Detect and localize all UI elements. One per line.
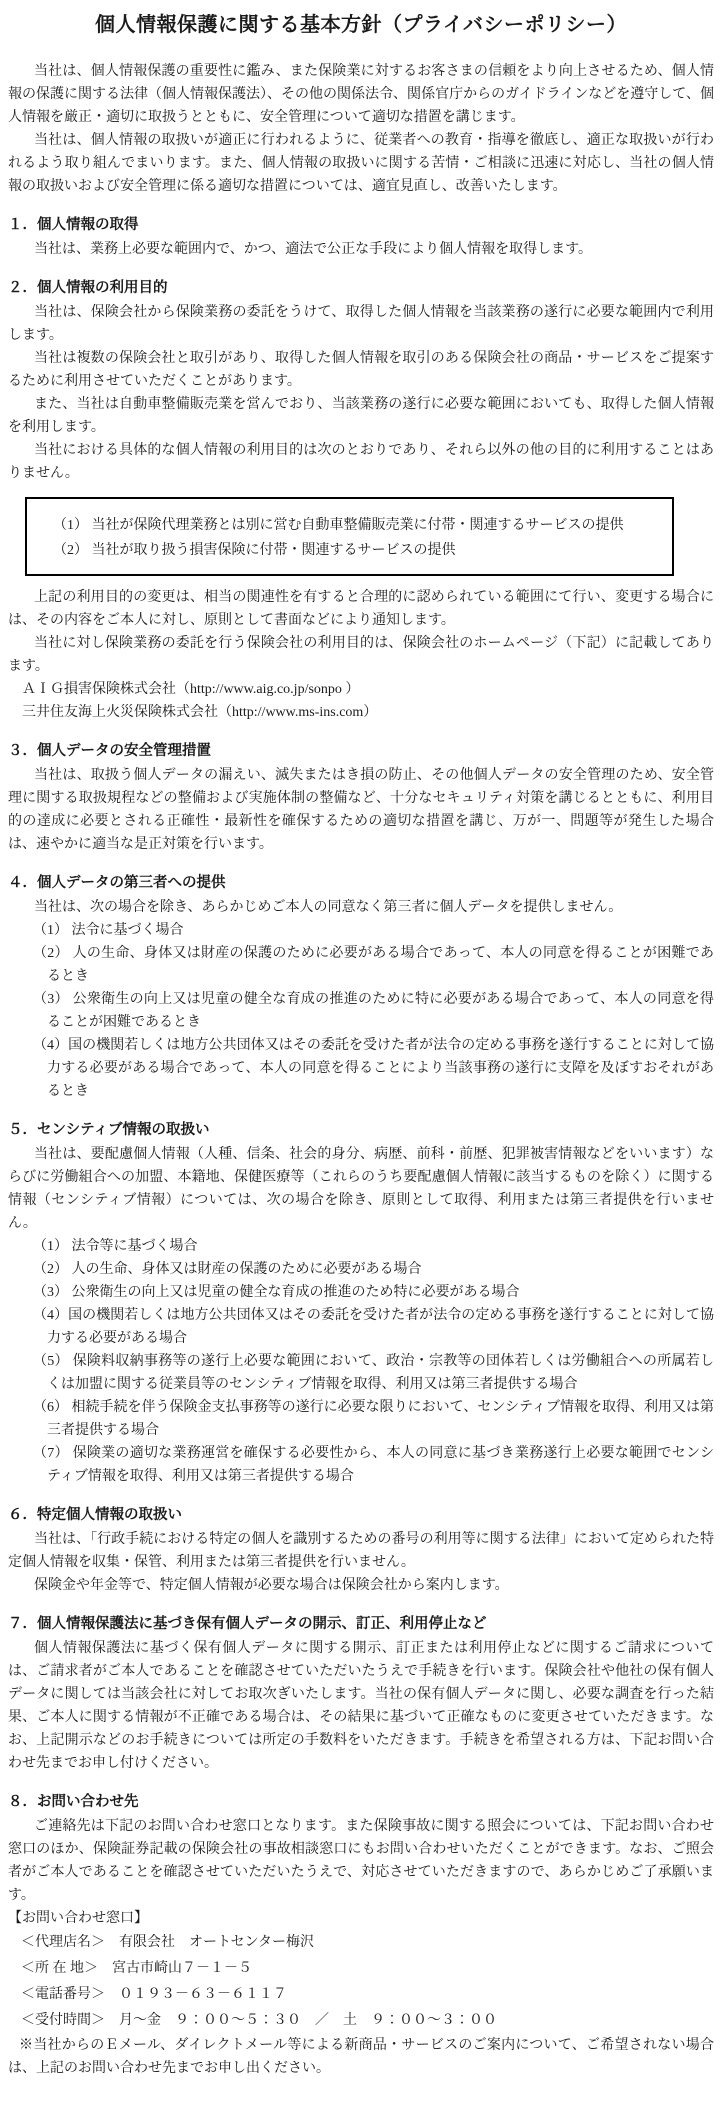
insurer-url-aig: ＡＩＧ損害保険株式会社（http://www.aig.co.jp/sonpo ）: [8, 678, 714, 701]
contact-agency-name: ＜代理店名＞ 有限会社 オートセンター梅沢: [8, 1930, 714, 1956]
section-8-heading: ８．お問い合わせ先: [8, 1791, 714, 1814]
section-4-item-2: （2） 人の生命、身体又は財産の保護のために必要がある場合であって、本人の同意を…: [8, 942, 714, 988]
section-2-heading: ２．個人情報の利用目的: [8, 277, 714, 300]
purpose-box-item-2: （2） 当社が取り扱う損害保険に付帯・関連するサービスの提供: [53, 538, 664, 563]
section-6-paragraph-1: 当社は、「行政手続における特定の個人を識別するための番号の利用等に関する法律」に…: [8, 1528, 714, 1574]
section-2-paragraph-3: また、当社は自動車整備販売業を営んでおり、当該業務の遂行に必要な範囲においても、…: [8, 393, 714, 439]
section-5-item-2: （2） 人の生命、身体又は財産の保護のために必要がある場合: [8, 1258, 714, 1281]
section-6-paragraph-2: 保険金や年金等で、特定個人情報が必要な場合は保険会社から案内します。: [8, 1574, 714, 1597]
section-6-specific-personal-information: ６．特定個人情報の取扱い 当社は、「行政手続における特定の個人を識別するための番…: [8, 1504, 714, 1597]
section-5-heading: ５．センシティブ情報の取扱い: [8, 1119, 714, 1142]
section-1-paragraph: 当社は、業務上必要な範囲内で、かつ、適法で公正な手段により個人情報を取得します。: [8, 238, 714, 261]
section-5-sensitive-information: ５．センシティブ情報の取扱い 当社は、要配慮個人情報（人種、信条、社会的身分、病…: [8, 1119, 714, 1488]
section-7-disclosure-correction: ７．個人情報保護法に基づき保有個人データの開示、訂正、利用停止など 個人情報保護…: [8, 1613, 714, 1775]
section-4-heading: ４．個人データの第三者への提供: [8, 872, 714, 895]
section-5-item-5: （5） 保険料収納事務等の遂行上必要な範囲において、政治・宗教等の団体若しくは労…: [8, 1350, 714, 1396]
section-8-contact: ８．お問い合わせ先 ご連絡先は下記のお問い合わせ窓口となります。また保険事故に関…: [8, 1791, 714, 2080]
section-2-paragraph-5: 上記の利用目的の変更は、相当の関連性を有すると合理的に認められている範囲にて行い…: [8, 586, 714, 632]
section-2-paragraph-4: 当社における具体的な個人情報の利用目的は次のとおりであり、それら以外の他の目的に…: [8, 439, 714, 485]
section-7-heading: ７．個人情報保護法に基づき保有個人データの開示、訂正、利用停止など: [8, 1613, 714, 1636]
section-1-heading: １．個人情報の取得: [8, 214, 714, 237]
section-2-purpose-of-use: ２．個人情報の利用目的 当社は、保険会社から保険業務の委託をうけて、取得した個人…: [8, 277, 714, 724]
privacy-policy-document: 個人情報保護に関する基本方針（プライバシーポリシー） 当社は、個人情報保護の重要…: [0, 0, 723, 2080]
section-1-acquisition: １．個人情報の取得 当社は、業務上必要な範囲内で、かつ、適法で公正な手段により個…: [8, 214, 714, 261]
purpose-of-use-box: （1） 当社が保険代理業務とは別に営む自動車整備販売業に付帯・関連するサービスの…: [25, 497, 674, 576]
section-5-item-4: （4）国の機関若しくは地方公共団体又はその委託を受けた者が法令の定める事務を遂行…: [8, 1304, 714, 1350]
section-5-item-1: （1） 法令等に基づく場合: [8, 1235, 714, 1258]
section-2-paragraph-1: 当社は、保険会社から保険業務の委託をうけて、取得した個人情報を当該業務の遂行に必…: [8, 301, 714, 347]
document-title: 個人情報保護に関する基本方針（プライバシーポリシー）: [8, 12, 714, 38]
contact-address: ＜所 在 地＞ 宮古市崎山７－１－５: [8, 1956, 714, 1982]
section-7-paragraph: 個人情報保護法に基づく保有個人データに関する開示、訂正または利用停止などに関する…: [8, 1637, 714, 1775]
intro-paragraph-2: 当社は、個人情報の取扱いが適正に行われるように、従業者への教育・指導を徹底し、適…: [8, 129, 714, 198]
section-4-item-1: （1） 法令に基づく場合: [8, 919, 714, 942]
section-5-item-3: （3） 公衆衛生の向上又は児童の健全な育成の推進のため特に必要がある場合: [8, 1281, 714, 1304]
section-2-paragraph-6: 当社に対し保険業務の委託を行う保険会社の利用目的は、保険会社のホームページ（下記…: [8, 632, 714, 678]
section-3-security-management: ３．個人データの安全管理措置 当社は、取扱う個人データの漏えい、滅失またはき損の…: [8, 740, 714, 856]
section-4-item-3: （3） 公衆衛生の向上又は児童の健全な育成の推進のために特に必要がある場合であっ…: [8, 988, 714, 1034]
section-3-paragraph: 当社は、取扱う個人データの漏えい、滅失またはき損の防止、その他個人データの安全管…: [8, 764, 714, 856]
contact-business-hours: ＜受付時間＞ 月～金 ９：００～５：３０ ／ 土 ９：００～３：００: [8, 2008, 714, 2034]
section-4-third-party-provision: ４．個人データの第三者への提供 当社は、次の場合を除き、あらかじめご本人の同意な…: [8, 872, 714, 1103]
section-2-paragraph-2: 当社は複数の保険会社と取引があり、取得した個人情報を取引のある保険会社の商品・サ…: [8, 347, 714, 393]
section-5-item-7: （7） 保険業の適切な業務運営を確保する必要性から、本人の同意に基づき業務遂行上…: [8, 1442, 714, 1488]
section-8-paragraph: ご連絡先は下記のお問い合わせ窓口となります。また保険事故に関する照会については、…: [8, 1815, 714, 1907]
contact-window-title: 【お問い合わせ窓口】: [8, 1907, 714, 1930]
insurer-url-ms-ins: 三井住友海上火災保険株式会社（http://www.ms-ins.com）: [8, 701, 714, 724]
section-4-item-4: （4）国の機関若しくは地方公共団体又はその委託を受けた者が法令の定める事務を遂行…: [8, 1034, 714, 1103]
section-3-heading: ３．個人データの安全管理措置: [8, 740, 714, 763]
contact-phone-number: ＜電話番号＞ ０１９３－６３－６１１７: [8, 1982, 714, 2008]
section-5-item-6: （6） 相続手続を伴う保険金支払事務等の遂行に必要な限りにおいて、センシティブ情…: [8, 1396, 714, 1442]
intro-paragraph-1: 当社は、個人情報保護の重要性に鑑み、また保険業に対するお客さまの信頼をより向上さ…: [8, 60, 714, 129]
opt-out-note: ※当社からのＥメール、ダイレクトメール等による新商品・サービスのご案内について、…: [8, 2034, 714, 2080]
section-6-heading: ６．特定個人情報の取扱い: [8, 1504, 714, 1527]
section-4-paragraph: 当社は、次の場合を除き、あらかじめご本人の同意なく第三者に個人データを提供しませ…: [8, 896, 714, 919]
purpose-box-item-1: （1） 当社が保険代理業務とは別に営む自動車整備販売業に付帯・関連するサービスの…: [53, 513, 664, 538]
section-5-paragraph: 当社は、要配慮個人情報（人種、信条、社会的身分、病歴、前科・前歴、犯罪被害情報な…: [8, 1143, 714, 1235]
